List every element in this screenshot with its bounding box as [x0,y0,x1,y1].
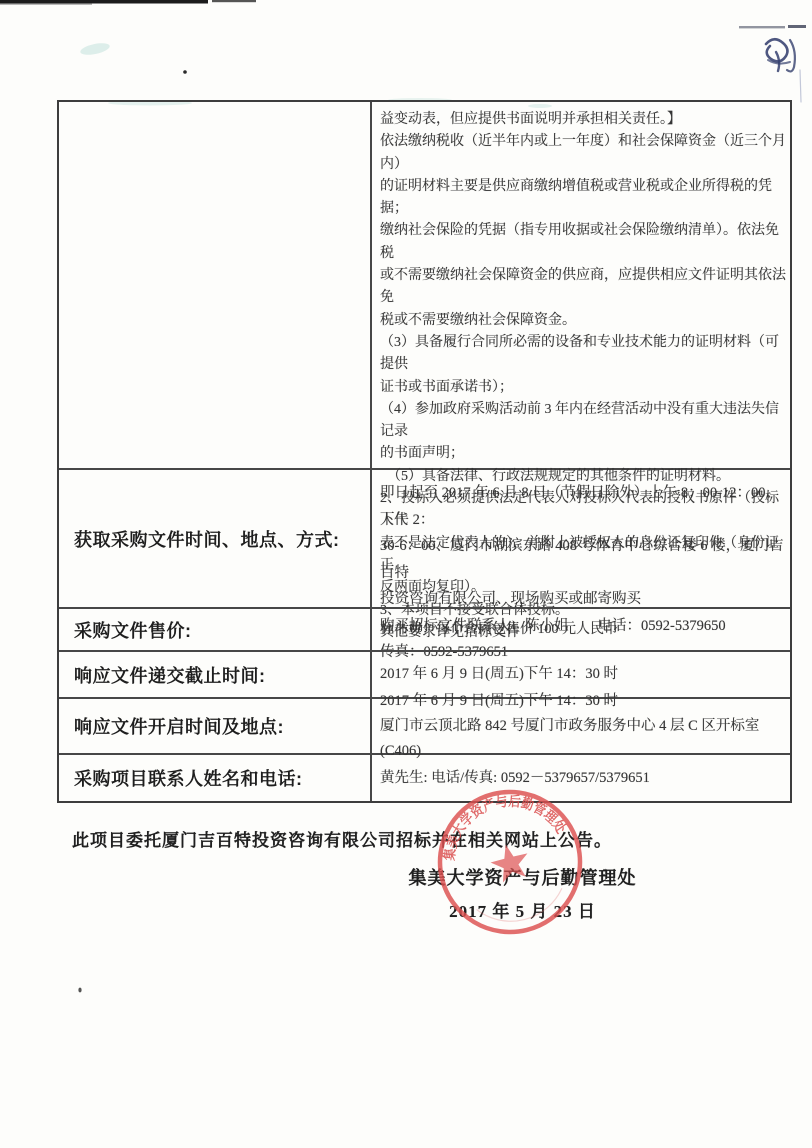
row-label-price: 采购文件售价: [59,609,372,650]
row-label-empty [59,102,372,468]
acquisition-details: 即日起至 2017 年 6 月 8 日（节假日除外）上午 8：00-12：00，… [372,470,790,607]
text-line: 的证明材料主要是供应商缴纳增值税或营业税或企业所得税的凭据； [380,176,786,221]
signature-date: 2017 年 5 月 23 日 [380,897,665,922]
table-row-opening-time-location: 响应文件开启时间及地点: 2017 年 6 月 9 日(周五)下午 14：30 … [59,699,790,755]
text-line: 30-6：00、厦门市湖滨东路 408 号体育中心综合楼 6 楼，厦门吉百特 [380,533,786,586]
text-line: 标书费：每个合同包售价 100 元人民币 [380,621,786,639]
requirements-text: 益变动表，但应提供书面说明并承担相关责任。】依法缴纳税收（近半年内或上一年度）和… [372,102,790,468]
text-line: 2017 年 6 月 9 日(周五)下午 14：30 时 [380,689,786,714]
scan-edge-strip [0,0,256,5]
text-line: 黄先生: 电话/传真: 0592－5379657/5379651 [380,769,786,788]
scan-smudges [79,41,552,108]
scanned-document-page: 益变动表，但应提供书面说明并承担相关责任。】依法缴纳税收（近半年内或上一年度）和… [0,0,812,1148]
procurement-info-table: 益变动表，但应提供书面说明并承担相关责任。】依法缴纳税收（近半年内或上一年度）和… [57,100,792,803]
contact-details: 黄先生: 电话/传真: 0592－5379657/5379651 [372,755,790,801]
signature-block: 集美大学资产与后勤管理处 2017 年 5 月 23 日 [380,864,665,922]
text-line: 税或不需要缴纳社会保障资金。 [380,310,786,332]
table-row-document-acquisition: 获取采购文件时间、地点、方式: 即日起至 2017 年 6 月 8 日（节假日除… [59,470,790,609]
ink-scribble [739,25,806,102]
table-row-requirements-continued: 益变动表，但应提供书面说明并承担相关责任。】依法缴纳税收（近半年内或上一年度）和… [59,102,790,470]
text-line: 或不需要缴纳社会保障资金的供应商，应提供相应文件证明其依法免 [380,265,786,310]
price-details: 标书费：每个合同包售价 100 元人民币 [372,609,790,650]
text-line: 即日起至 2017 年 6 月 8 日（节假日除外）上午 8：00-12：00，… [380,480,786,533]
text-line: （3）具备履行合同所必需的设备和专业技术能力的证明材料（可提供 [380,332,786,377]
text-line: （4）参加政府采购活动前 3 年内在经营活动中没有重大违法失信记录 [380,399,786,444]
row-label-acquisition: 获取采购文件时间、地点、方式: [59,470,372,607]
row-label-deadline: 响应文件递交截止时间: [59,652,372,697]
row-label-opening: 响应文件开启时间及地点: [59,699,372,753]
opening-details: 2017 年 6 月 9 日(周五)下午 14：30 时厦门市云顶北路 842 … [372,699,790,753]
text-line: 益变动表，但应提供书面说明并承担相关责任。】 [380,109,786,131]
text-line: 证书或书面承诺书）； [380,377,786,399]
signature-department: 集美大学资产与后勤管理处 [380,864,665,890]
text-line: 缴纳社会保险的凭据（指专用收据或社会保险缴纳清单）。依法免税 [380,220,786,265]
text-line: 依法缴纳税收（近半年内或上一年度）和社会保障资金（近三个月内） [380,131,786,176]
text-line: 的书面声明； [380,443,786,465]
table-row-document-price: 采购文件售价: 标书费：每个合同包售价 100 元人民币 [59,609,790,652]
row-label-contact: 采购项目联系人姓名和电话: [59,755,372,801]
table-row-contact: 采购项目联系人姓名和电话: 黄先生: 电话/传真: 0592－5379657/5… [59,755,790,801]
delegation-note: 此项目委托厦门吉百特投资咨询有限公司招标并在相关网站上公告。 [72,826,612,851]
text-line: 2017 年 6 月 9 日(周五)下午 14：30 时 [380,665,786,684]
